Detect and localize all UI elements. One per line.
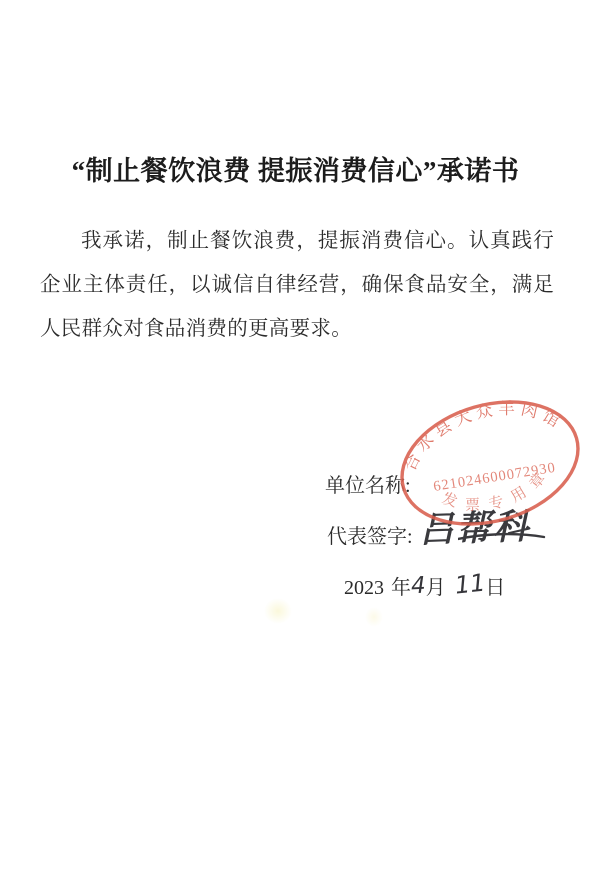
date-year: 2023 <box>344 577 384 599</box>
date-month-unit: 月 <box>426 577 446 599</box>
date-day-handwritten: 11 <box>453 568 486 599</box>
date-line: 2023年4月11日 <box>344 571 505 600</box>
paper-smudge <box>264 598 292 624</box>
document-page: “制止餐饮浪费 提振消费信心”承诺书 我承诺，制止餐饮浪费，提振消费信心。认真践… <box>0 0 591 886</box>
date-month-handwritten: 4 <box>410 573 426 600</box>
invoice-stamp: 合水县大众羊肉馆 621024600072930 发票专用章 <box>388 390 591 540</box>
paper-smudge <box>365 607 383 627</box>
commitment-paragraph: 我承诺，制止餐饮浪费，提振消费信心。认真践行企业主体责任，以诚信自律经营，确保食… <box>40 219 554 351</box>
date-day-unit: 日 <box>485 577 505 599</box>
document-title: “制止餐饮浪费 提振消费信心”承诺书 <box>0 149 591 188</box>
date-year-unit: 年 <box>391 577 411 599</box>
